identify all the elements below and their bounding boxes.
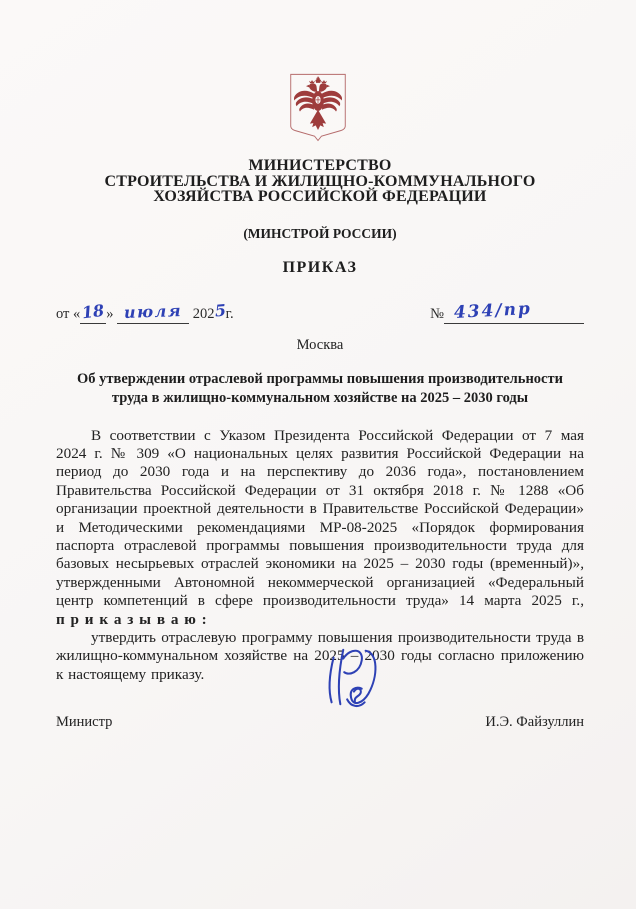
handwritten-month: июля (124, 300, 183, 321)
date-prefix: от « (56, 306, 80, 322)
year-suffix: г. (226, 306, 234, 322)
decree-word: п р и к а з ы в а ю : (56, 611, 207, 628)
ministry-name: МИНИСТЕРСТВО СТРОИТЕЛЬСТВА И ЖИЛИЩНО-КОМ… (56, 158, 584, 205)
order-title: Об утверждении отраслевой программы повы… (56, 370, 584, 408)
minister-signature-icon (322, 644, 382, 712)
handwritten-day: 18 (81, 300, 105, 322)
year-printed: 202 (193, 306, 215, 322)
month-blank: июля (117, 303, 189, 324)
russian-coat-of-arms-icon (289, 72, 347, 144)
document-number-field: №434/пр (430, 303, 584, 324)
minister-name: И.Э. Файзуллин (485, 714, 584, 731)
number-blank: 434/пр (444, 303, 584, 324)
ministry-name-line1: МИНИСТЕРСТВО (56, 158, 584, 174)
minister-post-label: Министр (56, 714, 112, 731)
number-label: № (430, 306, 444, 322)
place-name: Москва (56, 337, 584, 354)
day-blank: 18 (80, 303, 106, 324)
paragraph-legal-basis: В соответствии с Указом Президента Росси… (56, 427, 584, 629)
paragraph-order-text: утвердить отраслевую программу повышения… (56, 629, 584, 684)
ministry-short-name: (МИНСТРОЙ РОССИИ) (56, 226, 584, 242)
date-after-day: » (106, 306, 113, 322)
date-field: от «18» июля 2025г. (56, 303, 234, 324)
document-type-heading: ПРИКАЗ (56, 259, 584, 277)
handwritten-year-digit: 5 (214, 300, 227, 320)
signature-row: Министр И.Э. Файзуллин (56, 714, 584, 731)
date-and-number-line: от «18» июля 2025г. №434/пр (56, 303, 584, 324)
order-title-line1: Об утверждении отраслевой программы повы… (56, 370, 584, 389)
paragraph-legal-basis-text: В соответствии с Указом Президента Росси… (56, 427, 584, 610)
order-document-page: МИНИСТЕРСТВО СТРОИТЕЛЬСТВА И ЖИЛИЩНО-КОМ… (0, 0, 636, 909)
ministry-name-line3: ХОЗЯЙСТВА РОССИЙСКОЙ ФЕДЕРАЦИИ (56, 189, 584, 205)
order-title-line2: труда в жилищно-коммунальном хозяйстве н… (56, 389, 584, 408)
handwritten-number: 434/пр (453, 298, 532, 322)
ministry-name-line2: СТРОИТЕЛЬСТВА И ЖИЛИЩНО-КОММУНАЛЬНОГО (56, 174, 584, 190)
